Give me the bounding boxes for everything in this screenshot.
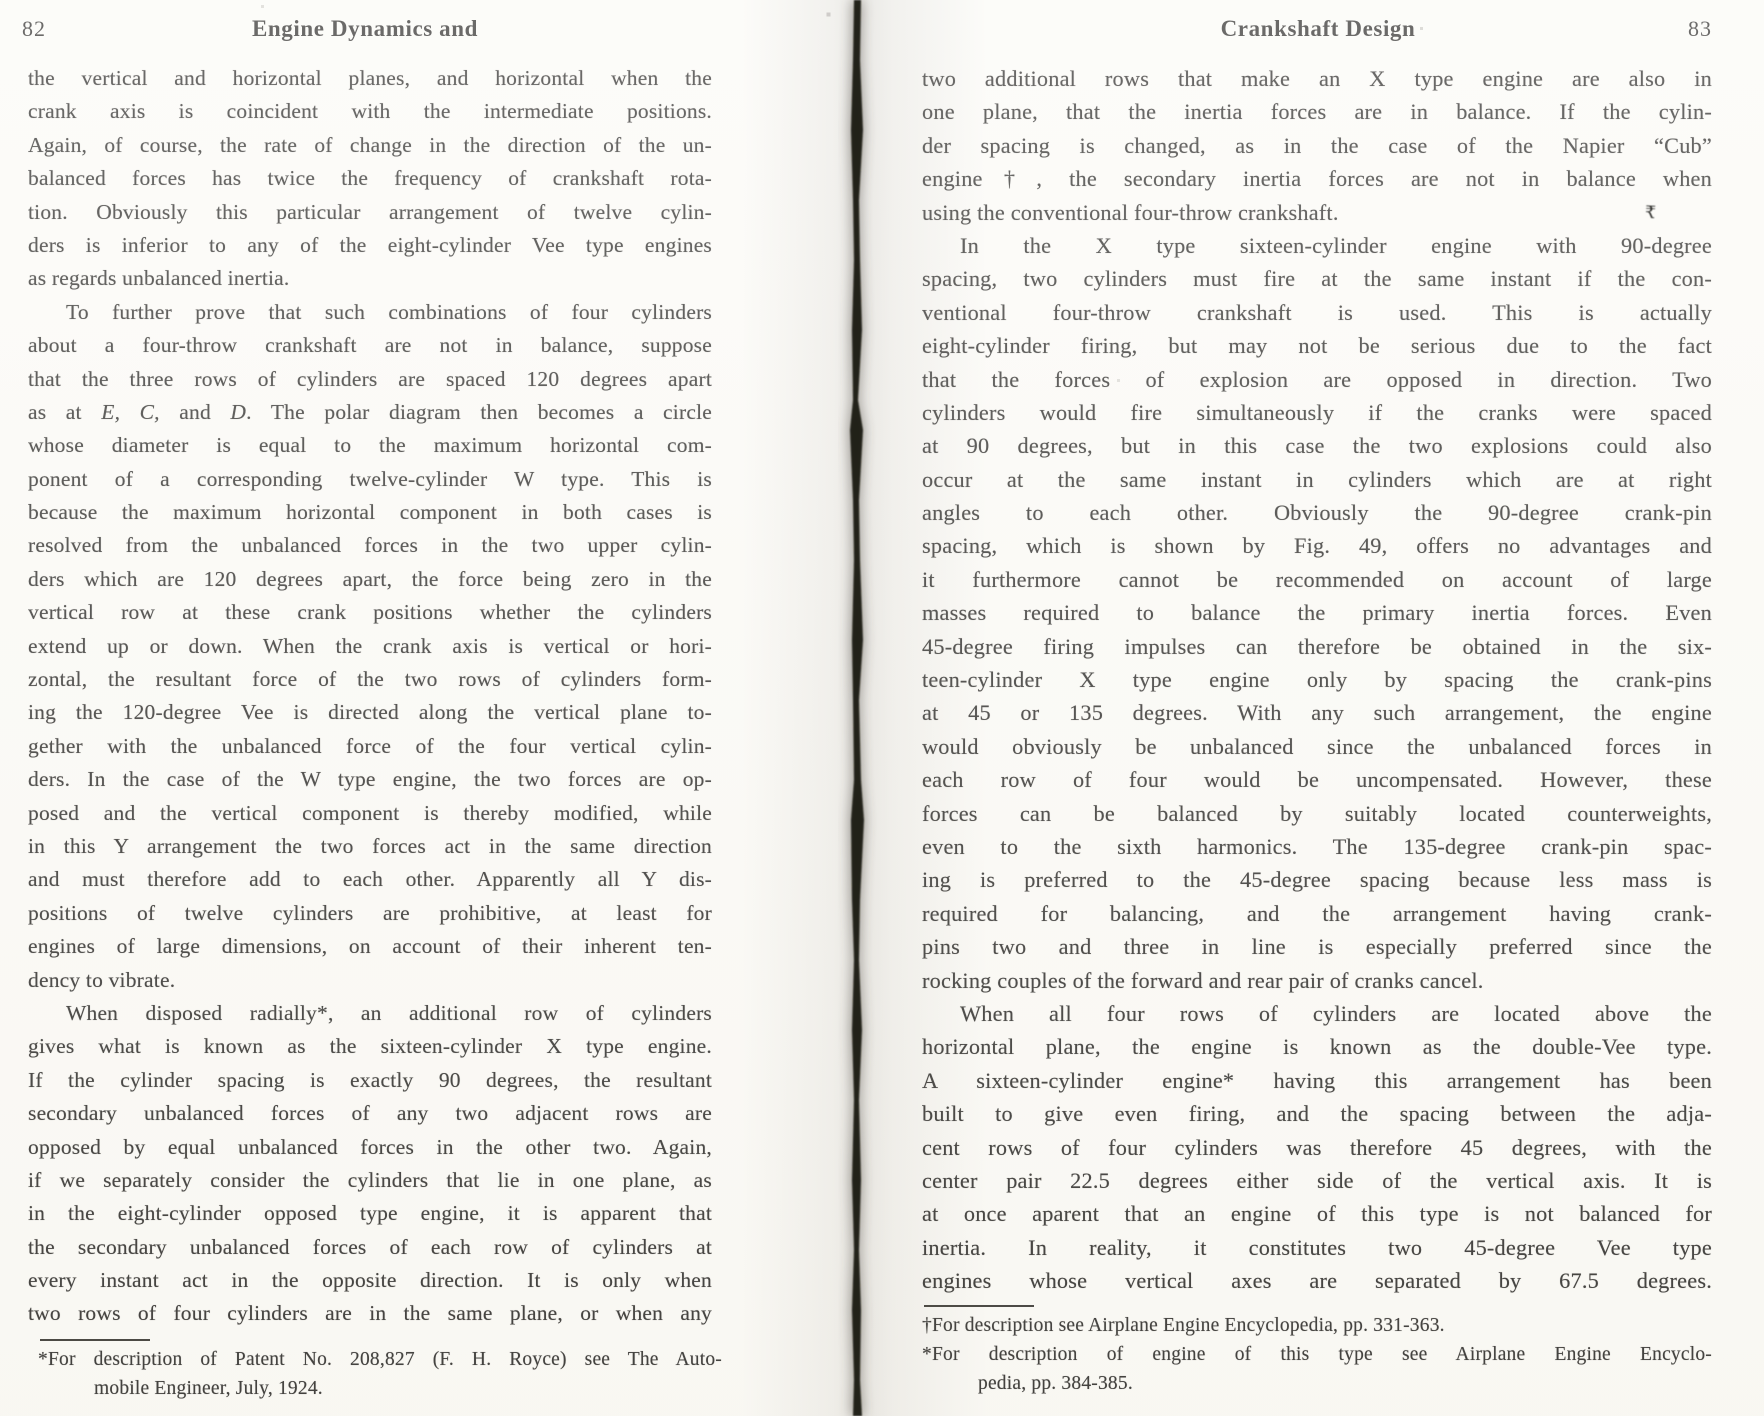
- text-line: at once aparent that an engine of this t…: [922, 1197, 1712, 1230]
- footnote-rule: [924, 1305, 1034, 1307]
- text-line: gives what is known as the sixteen-cylin…: [28, 1030, 712, 1063]
- text-line: inertia. In reality, it constitutes two …: [922, 1231, 1712, 1264]
- text-line: A sixteen-cylinder engine* having this a…: [922, 1064, 1712, 1097]
- text-line: the vertical and horizontal planes, and …: [28, 62, 712, 95]
- text-line: one plane, that the inertia forces are i…: [922, 95, 1712, 128]
- text-line: ders is inferior to any of the eight-cyl…: [28, 229, 712, 262]
- text-line: at 45 or 135 degrees. With any such arra…: [922, 696, 1712, 729]
- page-number: 83: [1688, 16, 1712, 42]
- text-line: Again, of course, the rate of change in …: [28, 129, 712, 162]
- text-line: because the maximum horizontal component…: [28, 496, 712, 529]
- text-line: at 90 degrees, but in this case the two …: [922, 429, 1712, 462]
- text-line: even to the sixth harmonics. The 135-deg…: [922, 830, 1712, 863]
- text-line: To further prove that such combinations …: [28, 296, 712, 329]
- text-line: posed and the vertical component is ther…: [28, 797, 712, 830]
- ink-smudge: ₹: [1644, 203, 1656, 224]
- text-line: tion. Obviously this particular arrangem…: [28, 196, 712, 229]
- text-line: would obviously be unbalanced since the …: [922, 730, 1712, 763]
- left-page-header: 82 Engine Dynamics and: [18, 16, 712, 46]
- text-line: gether with the unbalanced force of the …: [28, 730, 712, 763]
- footnote-line: *For description of engine of this type …: [922, 1340, 1712, 1369]
- text-line: angles to each other. Obviously the 90-d…: [922, 496, 1712, 529]
- text-line: in the eight-cylinder opposed type engin…: [28, 1197, 712, 1230]
- text-line: ing the 120-degree Vee is directed along…: [28, 696, 712, 729]
- text-line: If the cylinder spacing is exactly 90 de…: [28, 1064, 712, 1097]
- text-line: When disposed radially*, an additional r…: [28, 997, 712, 1030]
- text-line: 45-degree firing impulses can therefore …: [922, 630, 1712, 663]
- text-line: zontal, the resultant force of the two r…: [28, 663, 712, 696]
- text-line: forces can be balanced by suitably locat…: [922, 797, 1712, 830]
- text-line: teen-cylinder X type engine only by spac…: [922, 663, 1712, 696]
- text-line: in this Y arrangement the two forces act…: [28, 830, 712, 863]
- book-spread: 82 Engine Dynamics and the vertical and …: [0, 0, 1764, 1416]
- left-page-footnote-block: *For description of Patent No. 208,827 (…: [28, 1339, 712, 1403]
- footnote-line: pedia, pp. 384-385.: [922, 1369, 1712, 1398]
- footnote-line: mobile Engineer, July, 1924.: [38, 1374, 722, 1403]
- text-line: whose diameter is equal to the maximum h…: [28, 429, 712, 462]
- text-line: and must therefore add to each other. Ap…: [28, 863, 712, 896]
- text-line: engines whose vertical axes are separate…: [922, 1264, 1712, 1297]
- text-line: resolved from the unbalanced forces in t…: [28, 529, 712, 562]
- footnote-lines: *For description of Patent No. 208,827 (…: [38, 1345, 722, 1403]
- text-line: as regards unbalanced inertia.: [28, 262, 712, 295]
- text-line: as at E, C, and D. The polar diagram the…: [28, 396, 712, 429]
- text-line: pins two and three in line is especially…: [922, 930, 1712, 963]
- text-line: two additional rows that make an X type …: [922, 62, 1712, 95]
- running-title: Crankshaft Design: [922, 16, 1714, 42]
- text-line: it furthermore cannot be recommended on …: [922, 563, 1712, 596]
- text-line: two rows of four cylinders are in the sa…: [28, 1297, 712, 1330]
- text-line: secondary unbalanced forces of any two a…: [28, 1097, 712, 1130]
- right-page-footnote-block: †For description see Airplane Engine Enc…: [922, 1305, 1712, 1398]
- text-line: In the X type sixteen-cylinder engine wi…: [922, 229, 1712, 262]
- left-page-body: the vertical and horizontal planes, and …: [28, 62, 712, 1331]
- text-line: cylinders would fire simultaneously if t…: [922, 396, 1712, 429]
- text-line: dency to vibrate.: [28, 964, 712, 997]
- text-line: When all four rows of cylinders are loca…: [922, 997, 1712, 1030]
- footnote-line: †For description see Airplane Engine Enc…: [922, 1311, 1712, 1340]
- text-line: spacing, two cylinders must fire at the …: [922, 262, 1712, 295]
- text-line: that the forces of explosion are opposed…: [922, 363, 1712, 396]
- footnote-rule: [40, 1339, 150, 1341]
- text-line: extend up or down. When the crank axis i…: [28, 630, 712, 663]
- left-page: 82 Engine Dynamics and the vertical and …: [18, 16, 712, 1403]
- text-line: crank axis is coincident with the interm…: [28, 95, 712, 128]
- text-line: engines of large dimensions, on account …: [28, 930, 712, 963]
- text-line: balanced forces has twice the frequency …: [28, 162, 712, 195]
- right-page-body: two additional rows that make an X type …: [922, 62, 1712, 1297]
- text-line: using the conventional four-throw cranks…: [922, 196, 1712, 229]
- text-line: center pair 22.5 degrees either side of …: [922, 1164, 1712, 1197]
- text-line: ing is preferred to the 45-degree spacin…: [922, 863, 1712, 896]
- text-line: der spacing is changed, as in the case o…: [922, 129, 1712, 162]
- text-line: rocking couples of the forward and rear …: [922, 964, 1712, 997]
- text-line: required for balancing, and the arrangem…: [922, 897, 1712, 930]
- text-line: each row of four would be uncompensated.…: [922, 763, 1712, 796]
- text-line: eight-cylinder firing, but may not be se…: [922, 329, 1712, 362]
- paper-specks: [0, 0, 1, 1]
- text-line: ventional four-throw crankshaft is used.…: [922, 296, 1712, 329]
- text-line: built to give even firing, and the spaci…: [922, 1097, 1712, 1130]
- text-line: horizontal plane, the engine is known as…: [922, 1030, 1712, 1063]
- text-line: about a four-throw crankshaft are not in…: [28, 329, 712, 362]
- right-page-header: Crankshaft Design 83: [922, 16, 1714, 46]
- text-line: occur at the same instant in cylinders w…: [922, 463, 1712, 496]
- text-line: masses required to balance the primary i…: [922, 596, 1712, 629]
- footnote-lines: †For description see Airplane Engine Enc…: [922, 1311, 1712, 1398]
- text-line: the secondary unbalanced forces of each …: [28, 1231, 712, 1264]
- text-line: ders. In the case of the W type engine, …: [28, 763, 712, 796]
- text-line: positions of twelve cylinders are prohib…: [28, 897, 712, 930]
- text-line: opposed by equal unbalanced forces in th…: [28, 1131, 712, 1164]
- right-page: Crankshaft Design 83 two additional rows…: [922, 16, 1714, 1398]
- text-line: spacing, which is shown by Fig. 49, offe…: [922, 529, 1712, 562]
- text-line: engine†, the secondary inertia forces ar…: [922, 162, 1712, 195]
- footnote-line: *For description of Patent No. 208,827 (…: [38, 1345, 722, 1374]
- text-line: ponent of a corresponding twelve-cylinde…: [28, 463, 712, 496]
- text-line: vertical row at these crank positions wh…: [28, 596, 712, 629]
- running-title: Engine Dynamics and: [18, 16, 712, 42]
- book-gutter-shadow: [838, 0, 882, 1416]
- text-line: ders which are 120 degrees apart, the fo…: [28, 563, 712, 596]
- text-line: cent rows of four cylinders was therefor…: [922, 1131, 1712, 1164]
- text-line: if we separately consider the cylinders …: [28, 1164, 712, 1197]
- text-line: that the three rows of cylinders are spa…: [28, 363, 712, 396]
- text-line: every instant act in the opposite direct…: [28, 1264, 712, 1297]
